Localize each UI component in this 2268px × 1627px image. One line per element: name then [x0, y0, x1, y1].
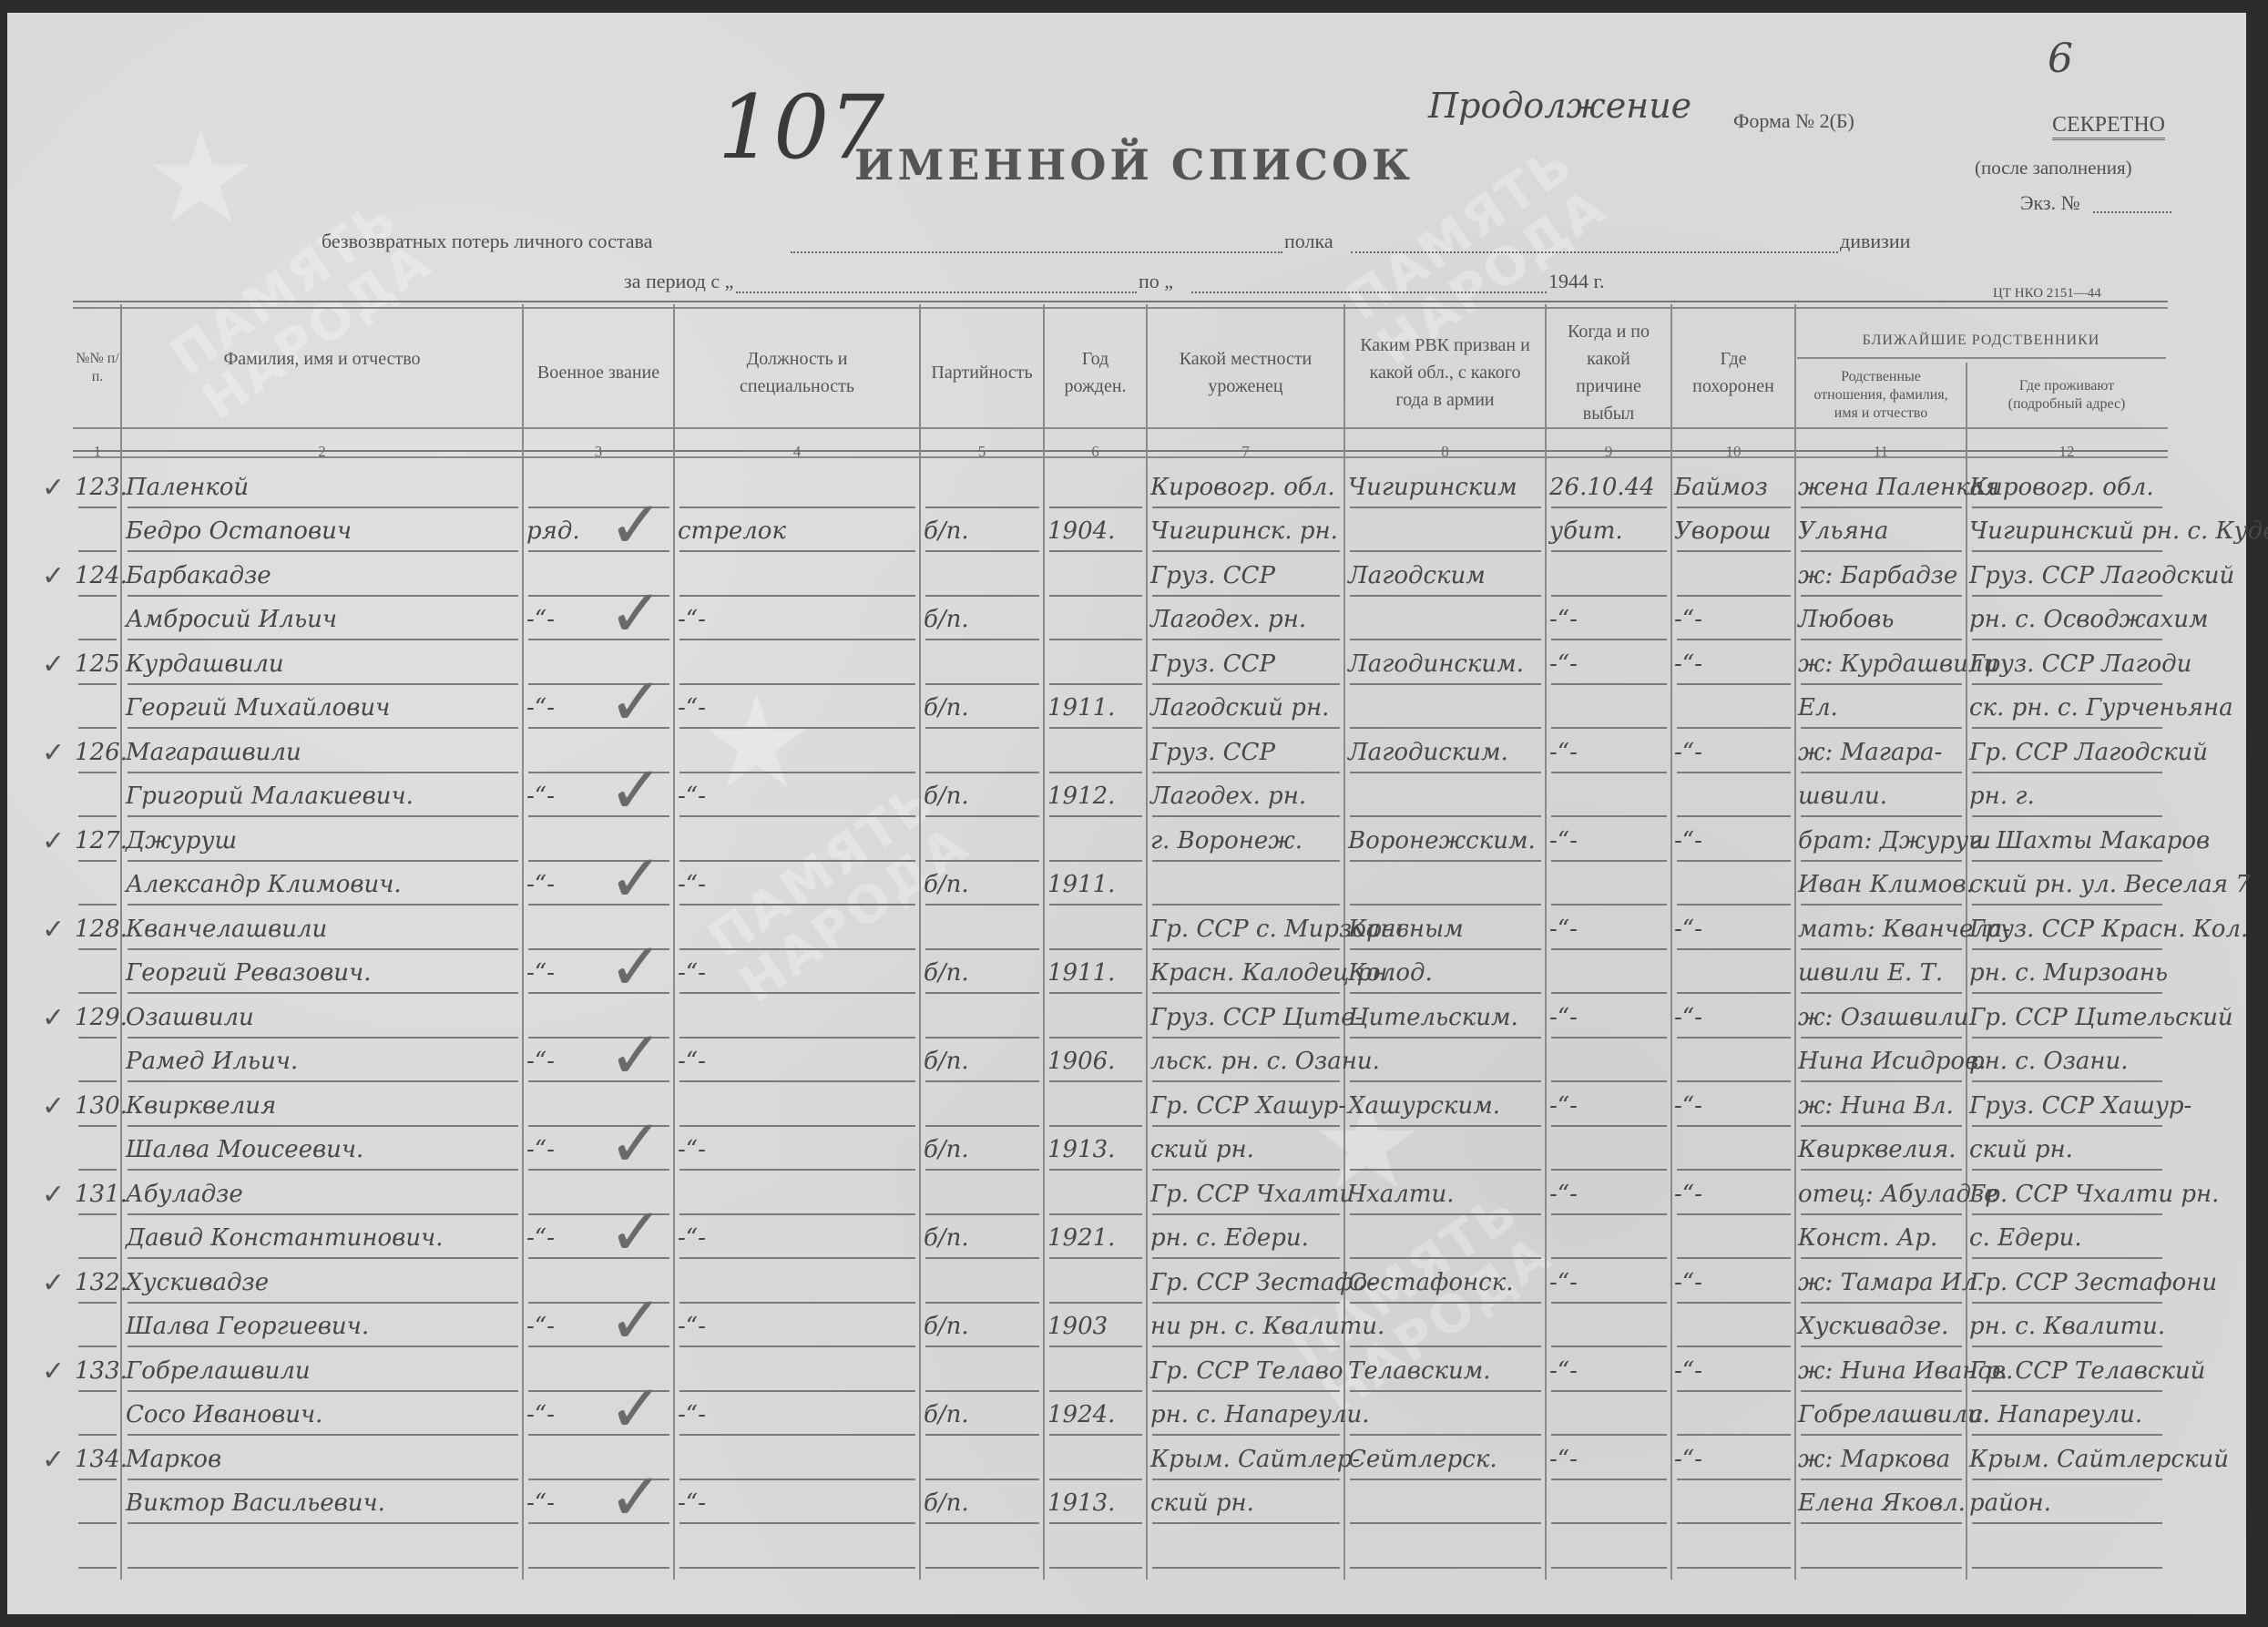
- row-rule: [1677, 683, 1791, 685]
- record-relative-address: ск. рн. с. Гурченьяна: [1969, 685, 2166, 731]
- row-rule: [925, 507, 1039, 508]
- row-rule: [1551, 815, 1667, 817]
- row-rule: [1551, 1302, 1667, 1304]
- row-rule: [128, 1479, 518, 1480]
- check-mark-icon: ✓: [608, 934, 663, 999]
- record-burial-place: -“-: [1674, 1083, 1794, 1129]
- row-rule: [1677, 815, 1791, 817]
- division-label: дивизии: [1840, 230, 1910, 253]
- row-rule: [528, 1567, 669, 1569]
- row-rule: [1801, 1390, 1962, 1392]
- row-rule: [1152, 1213, 1340, 1215]
- row-rule: [128, 1567, 518, 1569]
- record-number: 126.: [75, 730, 120, 775]
- period-from-field: [736, 292, 1137, 293]
- row-rule: [1677, 1125, 1791, 1127]
- check-mark-icon: ✓: [608, 1464, 663, 1530]
- row-rule: [1049, 1390, 1142, 1392]
- record-relative-address: Гр. ССР Цительский: [1969, 995, 2166, 1040]
- row-rule: [1972, 1390, 2162, 1392]
- row-rule: [925, 904, 1039, 906]
- record-birthplace: Чигиринск. рн.: [1150, 508, 1343, 554]
- row-rule: [1350, 1125, 1541, 1127]
- record-relative: Иван Климов.: [1798, 862, 1966, 907]
- page-title: ИМЕННОЙ СПИСОК: [854, 140, 1414, 189]
- record-left-date: 26.10.44: [1549, 465, 1670, 510]
- record-number: 128.: [75, 906, 120, 952]
- row-rule: [1049, 683, 1142, 685]
- column-divider: [1043, 304, 1045, 1580]
- record-conscription-office: [1348, 508, 1545, 554]
- row-rule: [1049, 772, 1142, 773]
- row-rule: [78, 727, 117, 729]
- row-rule: [1677, 1080, 1791, 1082]
- header-bottom-rule: [73, 427, 2168, 429]
- row-rule: [1350, 595, 1541, 597]
- row-rule: [1972, 550, 2162, 552]
- form-label: Форма № 2(Б): [1733, 109, 1854, 133]
- record-burial-place: [1674, 1039, 1794, 1084]
- row-rule: [78, 683, 117, 685]
- row-rule: [1152, 595, 1340, 597]
- record-conscription-office: Сестафонск.: [1348, 1260, 1545, 1305]
- header-full-name: Фамилия, имя и отчество: [122, 318, 522, 400]
- print-code: ЦТ НКО 2151—44: [1993, 286, 2101, 302]
- column-divider: [673, 304, 675, 1580]
- record-birthplace: Красн. Калодец рн.: [1150, 950, 1343, 996]
- row-rule: [1152, 1390, 1340, 1392]
- record-given-name: Бедро Остапович: [126, 508, 522, 554]
- check-mark-icon: ✓: [608, 669, 663, 734]
- record-left-date: -“-: [1549, 1348, 1670, 1394]
- row-rule: [1972, 860, 2162, 862]
- record-left-date: -“-: [1549, 906, 1670, 952]
- record-relative: Конст. Ар.: [1798, 1215, 1966, 1261]
- row-rule: [1801, 1169, 1962, 1171]
- column-number: 8: [1345, 441, 1545, 463]
- row-rule: [1801, 948, 1962, 950]
- row-rule: [1972, 1125, 2162, 1127]
- record-relative-address: рн. г.: [1969, 773, 2166, 819]
- record-relative-address: Кировогр. обл.: [1969, 465, 2166, 510]
- row-rule: [679, 948, 915, 950]
- row-rule: [1551, 1346, 1667, 1347]
- column-number: 12: [1967, 441, 2166, 463]
- row-rule: [128, 1257, 518, 1259]
- row-rule: [78, 1257, 117, 1259]
- record-conscription-office: Сейтлерск.: [1348, 1437, 1545, 1482]
- record-relative: Елена Яковл.: [1798, 1480, 1966, 1526]
- record-birth-year: 1903: [1047, 1304, 1146, 1349]
- record-relative-address: Гр. ССР Зестафони: [1969, 1260, 2166, 1305]
- column-number: 5: [921, 441, 1043, 463]
- row-rule: [1350, 1302, 1541, 1304]
- row-rule: [1801, 860, 1962, 862]
- column-number: 11: [1796, 441, 1966, 463]
- record-burial-place: [1674, 1127, 1794, 1172]
- row-rule: [1801, 507, 1962, 508]
- header-party: Партийность: [921, 318, 1043, 427]
- copy-number-label: Экз. №: [2020, 191, 2080, 215]
- copy-number-field: [2093, 211, 2171, 213]
- record-conscription-office: Телавским.: [1348, 1348, 1545, 1394]
- row-rule: [925, 1479, 1039, 1480]
- record-birthplace: Груз. ССР: [1150, 641, 1343, 687]
- row-rule: [925, 1390, 1039, 1392]
- record-burial-place: Уворош: [1674, 508, 1794, 554]
- row-rule: [1801, 1125, 1962, 1127]
- row-rule: [78, 595, 117, 597]
- row-rule: [1152, 1434, 1340, 1436]
- row-rule: [1677, 595, 1791, 597]
- row-rule: [679, 1434, 915, 1436]
- record-left-date: -“-: [1549, 1437, 1670, 1482]
- row-rule: [1551, 992, 1667, 994]
- record-conscription-office: Воронежским.: [1348, 818, 1545, 864]
- record-given-name: Георгий Ревазович.: [126, 950, 522, 996]
- row-rule: [1801, 1302, 1962, 1304]
- record-conscription-office: [1348, 1215, 1545, 1261]
- row-rule: [1677, 1302, 1791, 1304]
- record-birthplace: Лагодех. рн.: [1150, 597, 1343, 642]
- row-rule: [1049, 1346, 1142, 1347]
- record-position: -“-: [678, 950, 919, 996]
- record-number: 132.: [75, 1260, 120, 1305]
- record-relative: ж: Барбадзе: [1798, 553, 1966, 599]
- record-relative-address: Крым. Сайтлерский: [1969, 1437, 2166, 1482]
- row-rule: [78, 1302, 117, 1304]
- record-conscription-office: [1348, 597, 1545, 642]
- column-number: 3: [524, 441, 673, 463]
- record-conscription-office: [1348, 862, 1545, 907]
- margin-tick-icon: ✓: [42, 472, 65, 504]
- row-rule: [1801, 772, 1962, 773]
- record-surname: Хускивадзе: [126, 1260, 522, 1305]
- record-conscription-office: [1348, 1039, 1545, 1084]
- row-rule: [128, 727, 518, 729]
- relatives-group-rule: [1797, 357, 2166, 359]
- row-rule: [925, 948, 1039, 950]
- record-birthplace: Кировогр. обл.: [1150, 465, 1343, 510]
- row-rule: [679, 1213, 915, 1215]
- record-left-reason: -“-: [1549, 597, 1670, 642]
- record-birthplace: [1150, 862, 1343, 907]
- header-position: Должность и специальность: [675, 318, 919, 427]
- check-mark-icon: ✓: [608, 1199, 663, 1264]
- record-party: б/п.: [924, 773, 1042, 819]
- record-birthplace: Лагодский рн.: [1150, 685, 1343, 731]
- row-rule: [1049, 550, 1142, 552]
- record-conscription-office: Чигиринским: [1348, 465, 1545, 510]
- row-rule: [925, 1037, 1039, 1039]
- row-rule: [1972, 507, 2162, 508]
- record-burial-place: [1674, 1215, 1794, 1261]
- record-relative: жена Паленкая: [1798, 465, 1966, 510]
- row-rule: [1152, 1302, 1340, 1304]
- row-rule: [1049, 815, 1142, 817]
- row-rule: [925, 683, 1039, 685]
- record-birth-year: 1904.: [1047, 508, 1146, 554]
- record-birth-year: 1911.: [1047, 950, 1146, 996]
- record-relative-address: рн. с. Осводжахим: [1969, 597, 2166, 642]
- row-rule: [78, 1346, 117, 1347]
- record-birth-year: 1906.: [1047, 1039, 1146, 1084]
- margin-tick-icon: ✓: [42, 1090, 65, 1122]
- record-conscription-office: [1348, 1480, 1545, 1526]
- record-party: б/п.: [924, 1127, 1042, 1172]
- row-rule: [679, 727, 915, 729]
- record-conscription-office: Цительским.: [1348, 995, 1545, 1040]
- row-rule: [925, 727, 1039, 729]
- row-rule: [78, 772, 117, 773]
- row-rule: [925, 860, 1039, 862]
- row-rule: [679, 772, 915, 773]
- continuation-note: Продолжение: [1428, 86, 1691, 126]
- check-mark-icon: ✓: [608, 757, 663, 823]
- record-party: б/п.: [924, 508, 1042, 554]
- record-relative-address: Чигиринский рн. с. Кудемова: [1969, 508, 2166, 554]
- row-rule: [1049, 948, 1142, 950]
- row-rule: [1551, 860, 1667, 862]
- record-burial-place: -“-: [1674, 1172, 1794, 1217]
- row-rule: [1551, 1567, 1667, 1569]
- row-rule: [1049, 860, 1142, 862]
- record-relative-address: рн. с. Озани.: [1969, 1039, 2166, 1084]
- row-rule: [1350, 507, 1541, 508]
- record-burial-place: [1674, 773, 1794, 819]
- record-birth-year: 1911.: [1047, 862, 1146, 907]
- row-rule: [1551, 904, 1667, 906]
- record-conscription-office: Красным: [1348, 906, 1545, 952]
- record-given-name: Рамед Ильич.: [126, 1039, 522, 1084]
- header-conscription-office: Каким РВК призван и какой обл., с какого…: [1345, 318, 1545, 427]
- row-rule: [925, 1302, 1039, 1304]
- row-rule: [128, 1390, 518, 1392]
- column-number: 10: [1672, 441, 1794, 463]
- record-relative-address: Груз. ССР Лагодский: [1969, 553, 2166, 599]
- column-divider: [1794, 304, 1796, 1580]
- row-rule: [128, 1302, 518, 1304]
- record-birth-year: 1913.: [1047, 1480, 1146, 1526]
- row-rule: [78, 507, 117, 508]
- record-relative: Любовь: [1798, 597, 1966, 642]
- record-relative-address: рн. с. Мирзоань: [1969, 950, 2166, 996]
- header-relative-address: Где проживают (подробный адрес): [1967, 363, 2166, 427]
- row-rule: [1152, 815, 1340, 817]
- header-birthplace: Какой местности уроженец: [1148, 318, 1343, 427]
- row-rule: [128, 948, 518, 950]
- record-relative: ж: Нина Вл.: [1798, 1083, 1966, 1129]
- record-birthplace: Крым. Сайтлер-: [1150, 1437, 1343, 1482]
- record-position: -“-: [678, 1127, 919, 1172]
- record-conscription-office: Лагодиским.: [1348, 730, 1545, 775]
- row-rule: [1350, 1479, 1541, 1480]
- row-rule: [925, 815, 1039, 817]
- row-rule: [1152, 1522, 1340, 1524]
- record-relative-address: Груз. ССР Красн. Кол.: [1969, 906, 2166, 952]
- row-rule: [679, 992, 915, 994]
- record-relative: Нина Исидров.: [1798, 1039, 1966, 1084]
- row-rule: [1677, 1479, 1791, 1480]
- record-birthplace: Гр. ССР с. Мирзоань: [1150, 906, 1343, 952]
- record-relative: швили.: [1798, 773, 1966, 819]
- row-rule: [1152, 1169, 1340, 1171]
- row-rule: [128, 1037, 518, 1039]
- row-rule: [128, 683, 518, 685]
- row-rule: [78, 1479, 117, 1480]
- row-rule: [925, 1522, 1039, 1524]
- row-rule: [1350, 727, 1541, 729]
- record-burial-place: [1674, 1480, 1794, 1526]
- row-rule: [679, 1302, 915, 1304]
- row-rule: [78, 639, 117, 640]
- row-rule: [679, 904, 915, 906]
- row-rule: [1677, 1169, 1791, 1171]
- record-left-reason: [1549, 685, 1670, 731]
- row-rule: [1801, 1213, 1962, 1215]
- row-rule: [1677, 992, 1791, 994]
- record-surname: Кванчелашвили: [126, 906, 522, 952]
- record-relative-address: г. Шахты Макаров: [1969, 818, 2166, 864]
- row-rule: [1677, 904, 1791, 906]
- row-rule: [1551, 1169, 1667, 1171]
- record-burial-place: -“-: [1674, 730, 1794, 775]
- row-rule: [1049, 1302, 1142, 1304]
- division-field: [1351, 251, 1838, 253]
- record-burial-place: [1674, 1304, 1794, 1349]
- row-rule: [1152, 992, 1340, 994]
- row-rule: [925, 639, 1039, 640]
- row-rule: [1677, 1257, 1791, 1259]
- row-rule: [925, 1213, 1039, 1215]
- record-left-reason: [1549, 862, 1670, 907]
- record-left-reason: [1549, 1392, 1670, 1438]
- row-rule: [1551, 1213, 1667, 1215]
- row-rule: [1677, 1213, 1791, 1215]
- record-conscription-office: [1348, 685, 1545, 731]
- row-rule: [78, 1213, 117, 1215]
- column-number: 6: [1045, 441, 1146, 463]
- record-birthplace: ский рн.: [1150, 1127, 1343, 1172]
- record-relative-address: с. Напареули.: [1969, 1392, 2166, 1438]
- record-left-reason: убит.: [1549, 508, 1670, 554]
- row-rule: [1972, 992, 2162, 994]
- margin-tick-icon: ✓: [42, 1356, 65, 1387]
- row-rule: [925, 550, 1039, 552]
- record-given-name: Сосо Иванович.: [126, 1392, 522, 1438]
- record-relative: мать: Кванчела-: [1798, 906, 1966, 952]
- row-rule: [1551, 1522, 1667, 1524]
- record-relative: швили Е. Т.: [1798, 950, 1966, 996]
- record-relative-address: рн. с. Квалити.: [1969, 1304, 2166, 1349]
- row-rule: [1972, 683, 2162, 685]
- record-conscription-office: Колод.: [1348, 950, 1545, 996]
- row-rule: [1801, 1434, 1962, 1436]
- row-rule: [1677, 507, 1791, 508]
- record-relative-address: с. Едери.: [1969, 1215, 2166, 1261]
- record-left-date: -“-: [1549, 641, 1670, 687]
- header-birth-year: Год рожден.: [1045, 318, 1146, 427]
- record-relative: Квирквелия.: [1798, 1127, 1966, 1172]
- row-rule: [78, 860, 117, 862]
- period-to-field: [1191, 292, 1547, 293]
- record-left-date: -“-: [1549, 995, 1670, 1040]
- regiment-label: полка: [1284, 230, 1333, 253]
- row-rule: [1801, 639, 1962, 640]
- column-divider: [522, 304, 524, 1580]
- record-relative: ж: Озашвили: [1798, 995, 1966, 1040]
- row-rule: [1049, 904, 1142, 906]
- record-burial-place: -“-: [1674, 597, 1794, 642]
- row-rule: [1972, 1522, 2162, 1524]
- record-left-date: [1549, 553, 1670, 599]
- row-rule: [1152, 683, 1340, 685]
- regiment-field: [791, 251, 1282, 253]
- row-rule: [1801, 1567, 1962, 1569]
- row-rule: [1677, 1434, 1791, 1436]
- margin-tick-icon: ✓: [42, 825, 65, 857]
- row-rule: [1972, 772, 2162, 773]
- row-rule: [1049, 1257, 1142, 1259]
- record-conscription-office: [1348, 773, 1545, 819]
- row-rule: [1152, 948, 1340, 950]
- row-rule: [1801, 550, 1962, 552]
- check-mark-icon: ✓: [608, 1110, 663, 1176]
- row-rule: [78, 1390, 117, 1392]
- record-birthplace: Груз. ССР: [1150, 553, 1343, 599]
- check-mark-icon: ✓: [608, 492, 663, 558]
- row-rule: [1152, 1479, 1340, 1480]
- row-rule: [679, 1125, 915, 1127]
- record-burial-place: [1674, 685, 1794, 731]
- row-rule: [1972, 948, 2162, 950]
- row-rule: [78, 815, 117, 817]
- row-rule: [128, 772, 518, 773]
- row-rule: [78, 948, 117, 950]
- row-rule: [1551, 1434, 1667, 1436]
- record-given-name: Александр Климович.: [126, 862, 522, 907]
- row-rule: [1972, 639, 2162, 640]
- row-rule: [128, 1346, 518, 1347]
- record-given-name: Виктор Васильевич.: [126, 1480, 522, 1526]
- row-rule: [128, 1213, 518, 1215]
- record-number: 130.: [75, 1083, 120, 1129]
- record-birthplace: г. Воронеж.: [1150, 818, 1343, 864]
- row-rule: [679, 1567, 915, 1569]
- row-rule: [679, 639, 915, 640]
- row-rule: [1972, 1302, 2162, 1304]
- row-rule: [1551, 507, 1667, 508]
- row-rule: [1350, 948, 1541, 950]
- record-given-name: Амбросий Ильич: [126, 597, 522, 642]
- record-surname: Джуруш: [126, 818, 522, 864]
- record-birthplace: Гр. ССР Зестафо-: [1150, 1260, 1343, 1305]
- record-surname: Паленкой: [126, 465, 522, 510]
- record-party: б/п.: [924, 685, 1042, 731]
- row-rule: [679, 860, 915, 862]
- row-rule: [925, 1125, 1039, 1127]
- row-rule: [128, 1169, 518, 1171]
- record-burial-place: [1674, 862, 1794, 907]
- row-rule: [679, 1479, 915, 1480]
- row-rule: [1152, 1037, 1340, 1039]
- row-rule: [1049, 595, 1142, 597]
- record-number: 125: [75, 641, 120, 687]
- row-rule: [1801, 815, 1962, 817]
- margin-tick-icon: ✓: [42, 560, 65, 592]
- row-rule: [1049, 1213, 1142, 1215]
- record-position: -“-: [678, 1304, 919, 1349]
